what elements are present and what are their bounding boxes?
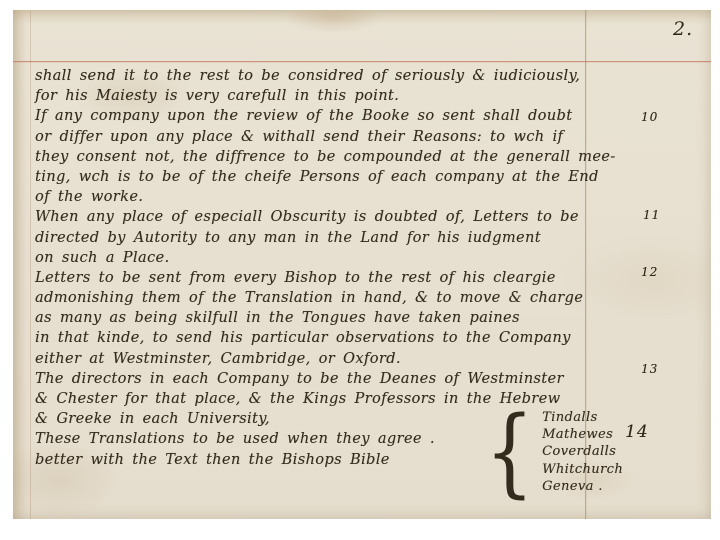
- manuscript-line: as many as being skilfull in the Tongues…: [35, 308, 587, 328]
- bible-version-item: Tindalls: [542, 409, 623, 426]
- margin-rule-number: 10: [641, 110, 658, 124]
- bible-version-item: Geneva .: [542, 478, 623, 495]
- manuscript-line: in that kinde, to send his particular ob…: [35, 328, 587, 348]
- manuscript-line: admonishing them of the Translation in h…: [35, 288, 587, 308]
- bible-version-group: { Tindalls Mathewes Coverdalls Whitchurc…: [479, 404, 623, 500]
- manuscript-line: ting, wch is to be of the cheife Persons…: [35, 167, 587, 187]
- margin-rule-number: 13: [641, 362, 658, 376]
- page-number: 2.: [673, 18, 693, 40]
- manuscript-line: on such a Place.: [35, 248, 587, 268]
- curly-brace-icon: {: [485, 404, 534, 500]
- bible-version-item: Whitchurch: [542, 461, 623, 478]
- ruled-line-left-margin: [30, 10, 31, 519]
- manuscript-line: directed by Autority to any man in the L…: [35, 228, 587, 248]
- manuscript-line: shall send it to the rest to be considre…: [35, 66, 587, 86]
- manuscript-line: If any company upon the review of the Bo…: [35, 106, 587, 126]
- manuscript-line: Letters to be sent from every Bishop to …: [35, 268, 587, 288]
- manuscript-line: or differ upon any place & withall send …: [35, 127, 587, 147]
- bible-version-item: Mathewes: [542, 426, 623, 443]
- manuscript-page: 2. shall send it to the rest to be consi…: [13, 10, 711, 519]
- margin-rule-number: 14: [625, 422, 649, 442]
- manuscript-line: they consent not, the diffrence to be co…: [35, 147, 587, 167]
- manuscript-line: for his Maiesty is very carefull in this…: [35, 86, 587, 106]
- manuscript-line: either at Westminster, Cambridge, or Oxf…: [35, 349, 587, 369]
- manuscript-line: of the worke.: [35, 187, 587, 207]
- scanned-image-frame: 2. shall send it to the rest to be consi…: [0, 0, 720, 540]
- ruled-line-top: [13, 61, 711, 62]
- manuscript-line: The directors in each Company to be the …: [35, 369, 587, 389]
- manuscript-line: When any place of especiall Obscurity is…: [35, 207, 587, 227]
- bible-version-item: Coverdalls: [542, 443, 623, 460]
- bible-version-list: Tindalls Mathewes Coverdalls Whitchurch …: [540, 409, 623, 495]
- margin-rule-number: 11: [643, 208, 660, 222]
- margin-rule-number: 12: [641, 265, 658, 279]
